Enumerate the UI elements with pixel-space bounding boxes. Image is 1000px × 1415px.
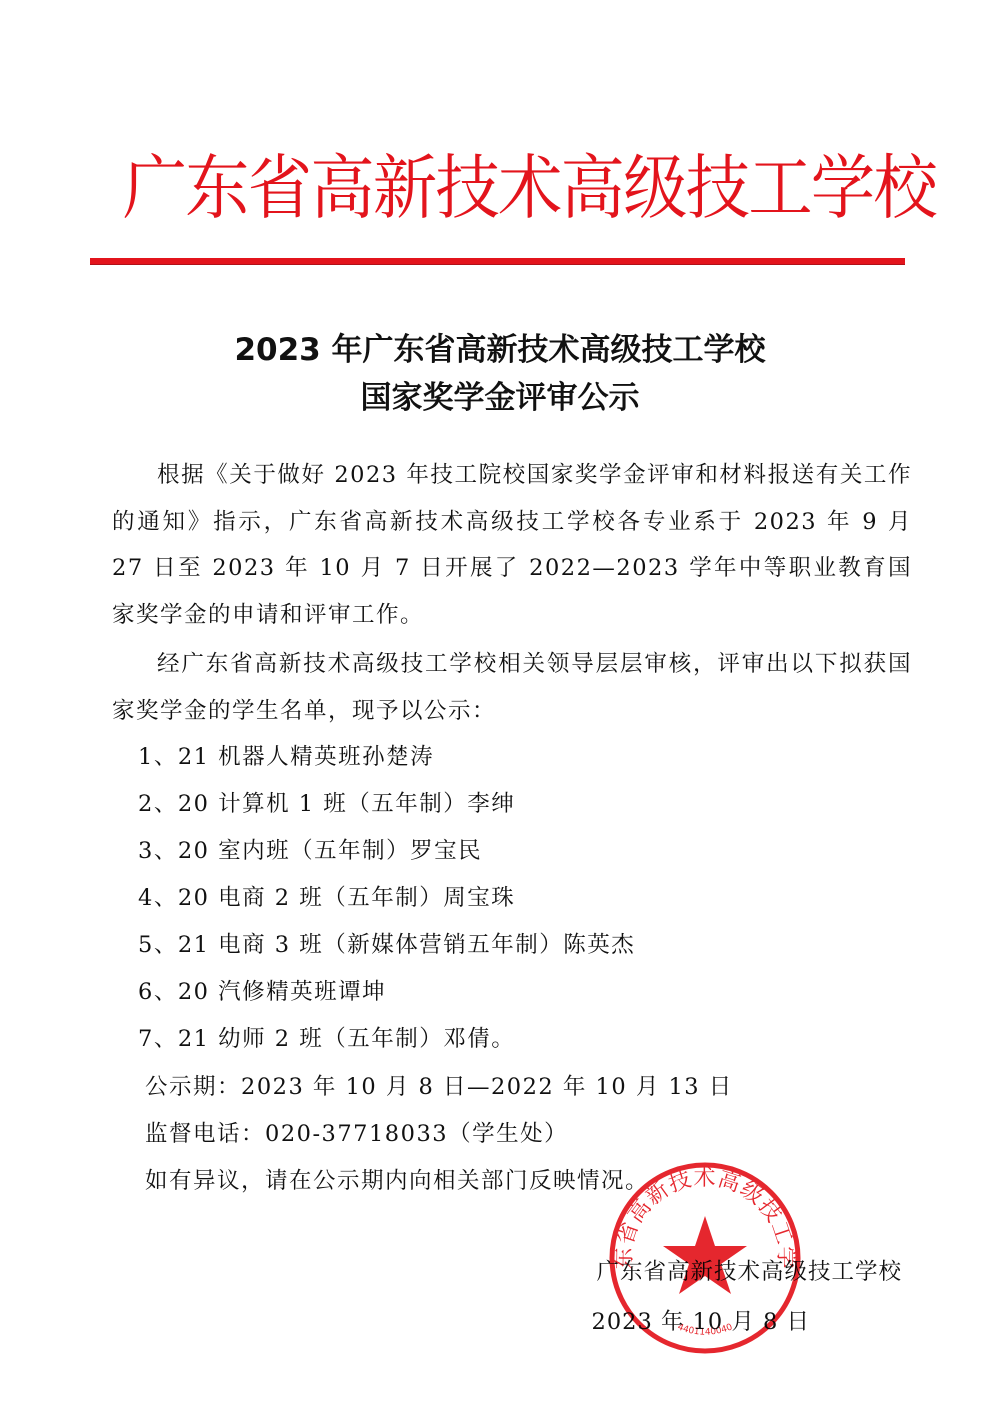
letterhead-divider	[90, 258, 905, 264]
list-item: 4、20 电商 2 班（五年制）周宝珠	[138, 875, 635, 922]
list-item: 3、20 室内班（五年制）罗宝民	[138, 828, 635, 875]
list-item: 2、20 计算机 1 班（五年制）李绅	[138, 781, 635, 828]
publicity-info: 公示期：2023 年 10 月 8 日—2022 年 10 月 13 日 监督电…	[145, 1064, 733, 1205]
document-title-line2: 国家奖学金评审公示	[100, 372, 900, 417]
paragraph-text: 经广东省高新技术高级技工学校相关领导层层审核，评审出以下拟获国家奖学金的学生名单…	[112, 641, 912, 734]
publicity-period: 公示期：2023 年 10 月 8 日—2022 年 10 月 13 日	[145, 1064, 733, 1111]
list-item: 5、21 电商 3 班（新媒体营销五年制）陈英杰	[138, 922, 635, 969]
awardee-list: 1、21 机器人精英班孙楚涛 2、20 计算机 1 班（五年制）李绅 3、20 …	[138, 734, 635, 1063]
paragraph-text: 根据《关于做好 2023 年技工院校国家奖学金评审和材料报送有关工作的通知》指示…	[112, 452, 912, 638]
document-title-line1: 2023 年广东省高新技术高级技工学校	[100, 324, 900, 369]
objection-note: 如有异议，请在公示期内向相关部门反映情况。	[145, 1158, 733, 1205]
signature-org: 广东省高新技术高级技工学校	[540, 1247, 910, 1297]
paragraph-review: 经广东省高新技术高级技工学校相关领导层层审核，评审出以下拟获国家奖学金的学生名单…	[112, 641, 912, 734]
list-item: 7、21 幼师 2 班（五年制）邓倩。	[138, 1016, 635, 1063]
supervision-phone: 监督电话：020-37718033（学生处）	[145, 1111, 733, 1158]
list-item: 1、21 机器人精英班孙楚涛	[138, 734, 635, 781]
list-item: 6、20 汽修精英班谭坤	[138, 969, 635, 1016]
signature-block: 广东省高新技术高级技工学校 2023 年 10 月 8 日	[540, 1247, 910, 1347]
letterhead-org-name: 广东省高新技术高级技工学校	[123, 138, 873, 238]
signature-date: 2023 年 10 月 8 日	[540, 1297, 910, 1347]
paragraph-background: 根据《关于做好 2023 年技工院校国家奖学金评审和材料报送有关工作的通知》指示…	[112, 452, 912, 638]
